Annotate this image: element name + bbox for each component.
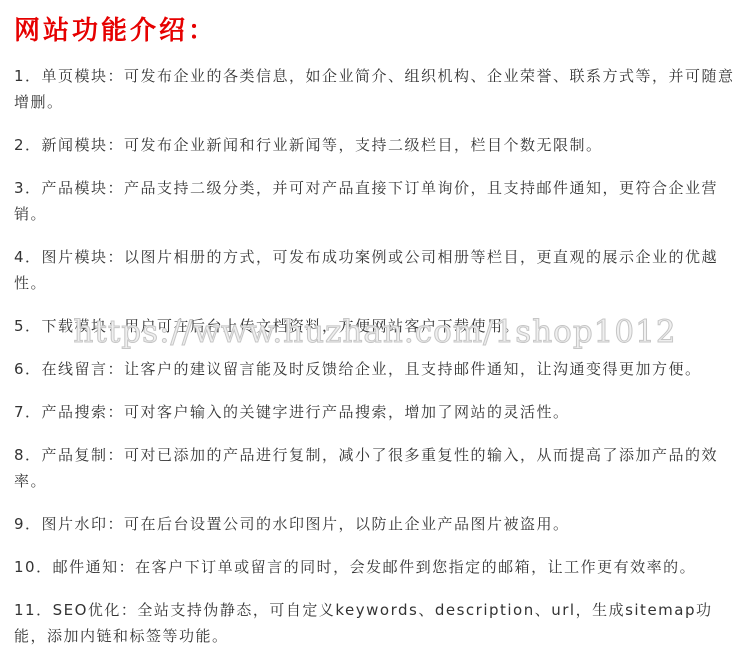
feature-item-1: 1．单页模块：可发布企业的各类信息，如企业简介、组织机构、企业荣誉、联系方式等，… xyxy=(14,63,736,115)
feature-item-8: 8．产品复制：可对已添加的产品进行复制，减小了很多重复性的输入，从而提高了添加产… xyxy=(14,442,736,494)
feature-item-10: 10．邮件通知：在客户下订单或留言的同时，会发邮件到您指定的邮箱，让工作更有效率… xyxy=(14,554,736,580)
feature-item-11: 11．SEO优化：全站支持伪静态，可自定义keywords、descriptio… xyxy=(14,597,736,649)
feature-item-6: 6．在线留言：让客户的建议留言能及时反馈给企业，且支持邮件通知，让沟通变得更加方… xyxy=(14,356,736,382)
feature-item-2: 2．新闻模块：可发布企业新闻和行业新闻等，支持二级栏目，栏目个数无限制。 xyxy=(14,132,736,158)
feature-list: 1．单页模块：可发布企业的各类信息，如企业简介、组织机构、企业荣誉、联系方式等，… xyxy=(14,63,736,649)
feature-item-7: 7．产品搜索：可对客户输入的关键字进行产品搜索，增加了网站的灵活性。 xyxy=(14,399,736,425)
feature-item-4: 4．图片模块：以图片相册的方式，可发布成功案例或公司相册等栏目，更直观的展示企业… xyxy=(14,244,736,296)
feature-item-3: 3．产品模块：产品支持二级分类，并可对产品直接下订单询价，且支持邮件通知，更符合… xyxy=(14,175,736,227)
feature-item-9: 9．图片水印：可在后台设置公司的水印图片，以防止企业产品图片被盗用。 xyxy=(14,511,736,537)
feature-item-5: 5．下载模块：用户可在后台上传文档资料，方便网站客户下载使用。 xyxy=(14,313,736,339)
page-title: 网站功能介绍： xyxy=(14,16,736,47)
feature-description-page: 网站功能介绍： 1．单页模块：可发布企业的各类信息，如企业简介、组织机构、企业荣… xyxy=(0,0,750,672)
